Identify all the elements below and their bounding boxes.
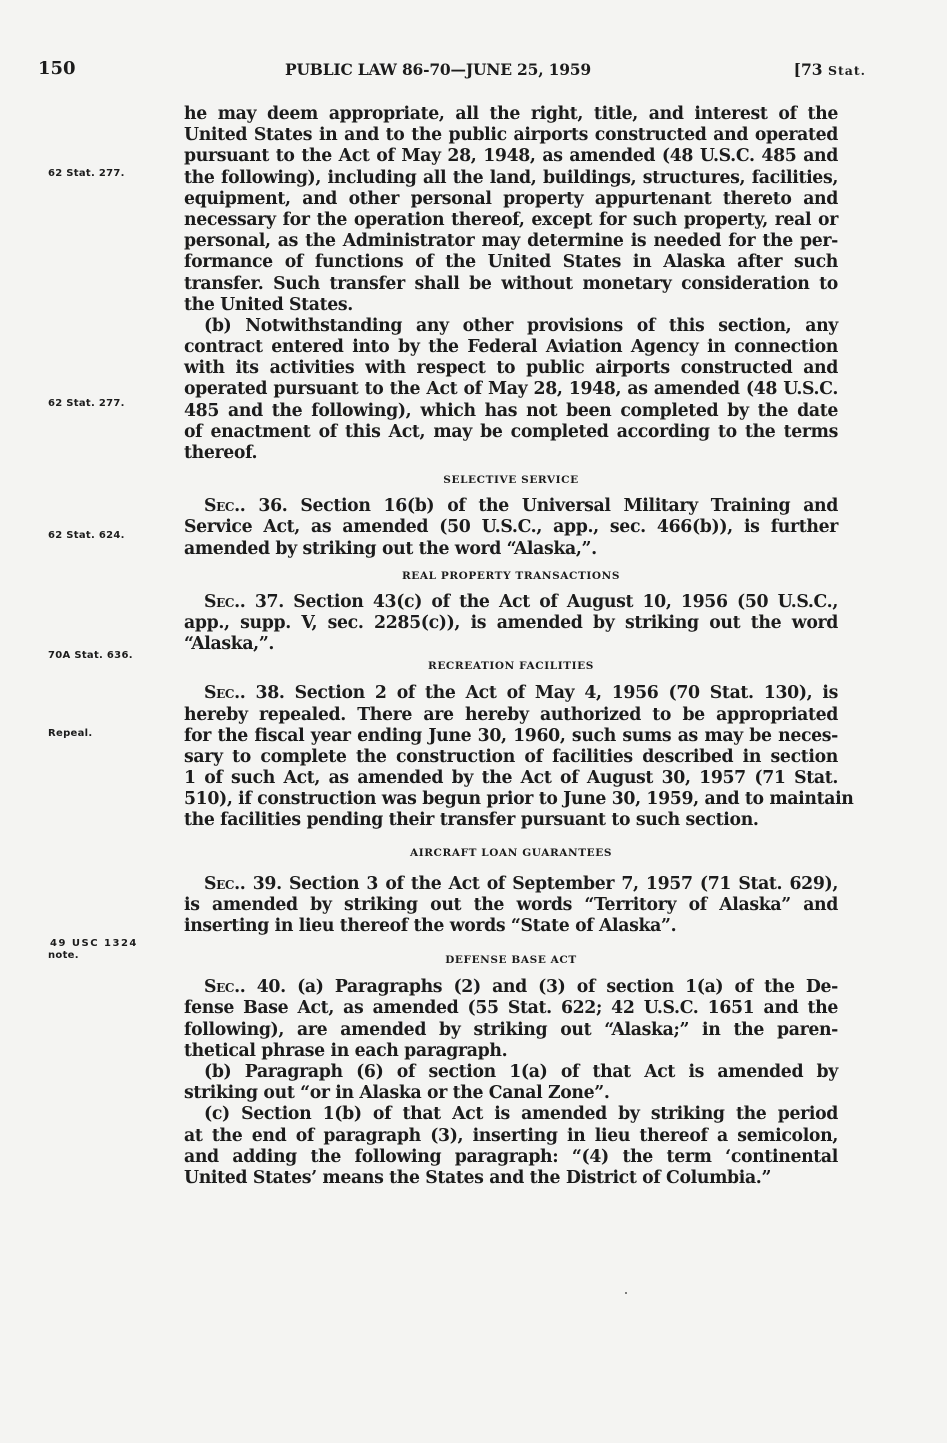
text-line: contract entered into by the Federal Avi… <box>184 337 838 358</box>
section-heading-real-property: REAL PROPERTY TRANSACTIONS <box>184 565 838 587</box>
ink-speck <box>625 1292 627 1294</box>
text-line: he may deem appropriate, all the right, … <box>184 104 838 125</box>
text-line: the United States. <box>184 295 838 316</box>
text-line: personal, as the Administrator may deter… <box>184 231 838 252</box>
text-line: equipment, and other personal property a… <box>184 189 838 210</box>
text-line: 485 and the following), which has not be… <box>184 401 838 422</box>
section-40-b: (b) Paragraph (6) of section 1(a) of tha… <box>184 1062 838 1104</box>
text-line: 510), if construction was begun prior to… <box>184 789 838 810</box>
text-line: Sec.. 36. Section 16(b) of the Universal… <box>184 496 838 517</box>
text-line: necessary for the operation thereof, exc… <box>184 210 838 231</box>
page-header: 150 PUBLIC LAW 86-70—JUNE 25, 1959 [73 S… <box>38 58 838 82</box>
text-line: striking out “or in Alaska or the Canal … <box>184 1083 838 1104</box>
volume-number: [73 <box>794 60 828 79</box>
margin-note: 62 Stat. 277. <box>48 168 125 179</box>
text-line: hereby repealed. There are hereby author… <box>184 705 838 726</box>
section-40-c: (c) Section 1(b) of that Act is amended … <box>184 1104 838 1189</box>
section-heading-aircraft: AIRCRAFT LOAN GUARANTEES <box>184 842 838 864</box>
text-line: 1 of such Act, as amended by the Act of … <box>184 768 838 789</box>
margin-note: note. <box>48 950 79 961</box>
text-line: operated pursuant to the Act of May 28, … <box>184 379 838 400</box>
text-line: with its activities with respect to publ… <box>184 358 838 379</box>
text-line: sary to complete the construction of fac… <box>184 747 838 768</box>
text-line: Sec.. 39. Section 3 of the Act of Septem… <box>184 874 838 895</box>
text-line: Sec.. 40. (a) Paragraphs (2) and (3) of … <box>184 977 838 998</box>
section-heading-defense: DEFENSE BASE ACT <box>184 949 838 971</box>
volume-reference: [73 Stat. <box>794 60 866 79</box>
text-line: Service Act, as amended (50 U.S.C., app.… <box>184 517 838 538</box>
text-line: thetical phrase in each paragraph. <box>184 1041 838 1062</box>
section-38: Sec.. 38. Section 2 of the Act of May 4,… <box>184 683 838 831</box>
text-line: formance of functions of the United Stat… <box>184 252 838 273</box>
margin-note: 49 USC 1324 <box>50 938 138 949</box>
paragraph-subsection-b: (b) Notwithstanding any other provisions… <box>184 316 838 464</box>
text-line: the following), including all the land, … <box>184 168 838 189</box>
section-label: Sec. <box>204 977 240 997</box>
text-line: thereof. <box>184 443 838 464</box>
text-line: (b) Paragraph (6) of section 1(a) of tha… <box>184 1062 838 1083</box>
margin-note: 62 Stat. 624. <box>48 530 125 541</box>
text-line: the facilities pending their transfer pu… <box>184 810 838 831</box>
volume-stat: Stat. <box>828 63 866 78</box>
section-36: Sec.. 36. Section 16(b) of the Universal… <box>184 496 838 560</box>
section-label: Sec. <box>204 874 240 894</box>
document-page: 150 PUBLIC LAW 86-70—JUNE 25, 1959 [73 S… <box>0 0 947 1443</box>
text-line: for the fiscal year ending June 30, 1960… <box>184 726 838 747</box>
section-label: Sec. <box>204 683 240 703</box>
text-line: of enactment of this Act, may be complet… <box>184 422 838 443</box>
text-line: United States in and to the public airpo… <box>184 125 838 146</box>
section-label: Sec. <box>204 592 240 612</box>
text-line: (b) Notwithstanding any other provisions… <box>184 316 838 337</box>
text-line: United States’ means the States and the … <box>184 1168 838 1189</box>
section-label: Sec. <box>204 496 240 516</box>
text-line: fense Base Act, as amended (55 Stat. 622… <box>184 998 838 1019</box>
text-line: transfer. Such transfer shall be without… <box>184 274 838 295</box>
text-line: “Alaska,”. <box>184 634 838 655</box>
text-line: and adding the following paragraph: “(4)… <box>184 1147 838 1168</box>
text-line: at the end of paragraph (3), inserting i… <box>184 1126 838 1147</box>
margin-note-repeal: Repeal. <box>48 728 93 739</box>
text-line: Sec.. 37. Section 43(c) of the Act of Au… <box>184 592 838 613</box>
section-heading-recreation: RECREATION FACILITIES <box>184 655 838 677</box>
text-line: amended by striking out the word “Alaska… <box>184 539 838 560</box>
section-39: Sec.. 39. Section 3 of the Act of Septem… <box>184 874 838 938</box>
text-line: is amended by striking out the words “Te… <box>184 895 838 916</box>
text-line: (c) Section 1(b) of that Act is amended … <box>184 1104 838 1125</box>
margin-note: 70A Stat. 636. <box>48 650 133 661</box>
text-line: app., supp. V, sec. 2285(c)), is amended… <box>184 613 838 634</box>
margin-note: 62 Stat. 277. <box>48 398 125 409</box>
section-heading-selective-service: SELECTIVE SERVICE <box>184 469 838 491</box>
text-line: Sec.. 38. Section 2 of the Act of May 4,… <box>184 683 838 704</box>
document-body: he may deem appropriate, all the right, … <box>184 104 838 1189</box>
section-37: Sec.. 37. Section 43(c) of the Act of Au… <box>184 592 838 656</box>
text-line: pursuant to the Act of May 28, 1948, as … <box>184 146 838 167</box>
running-title: PUBLIC LAW 86-70—JUNE 25, 1959 <box>38 60 838 79</box>
text-line: inserting in lieu thereof the words “Sta… <box>184 916 838 937</box>
text-line: following), are amended by striking out … <box>184 1020 838 1041</box>
section-40-a: Sec.. 40. (a) Paragraphs (2) and (3) of … <box>184 977 838 1062</box>
paragraph-transfer: he may deem appropriate, all the right, … <box>184 104 838 316</box>
